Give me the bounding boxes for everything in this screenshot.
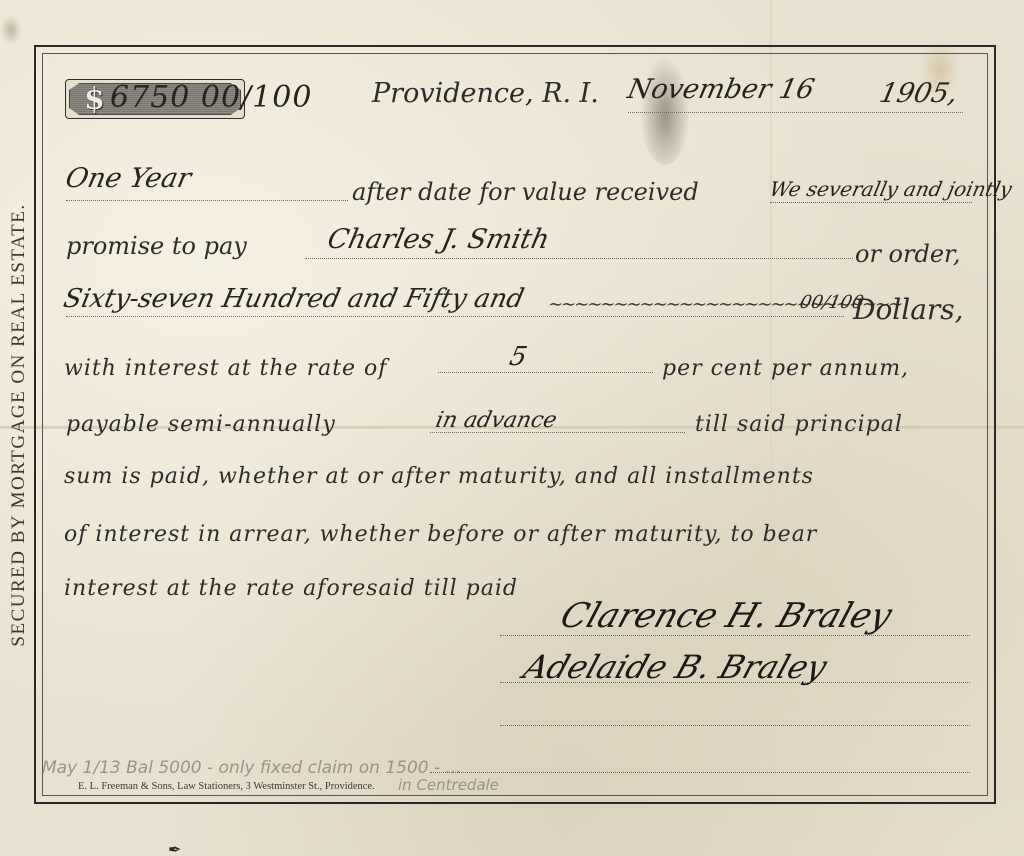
amount-words-line xyxy=(66,316,844,317)
date-month-day: November 16 xyxy=(625,74,817,105)
place-printed: Providence, R. I. xyxy=(372,78,599,109)
pencil-note-line2: in Centredale xyxy=(398,776,499,794)
payee-handwritten: Charles J. Smith xyxy=(325,224,553,255)
term-handwritten: One Year xyxy=(63,163,194,194)
or-order-printed: or order, xyxy=(855,240,961,268)
amount-value: 6750 00/100 xyxy=(110,80,312,115)
date-year: 1905, xyxy=(877,78,961,109)
date-line xyxy=(628,112,963,113)
per-annum-printed: per cent per annum, xyxy=(662,356,909,381)
amount-box: $ 6750 00/100 xyxy=(65,79,245,119)
bottom-dotted-line xyxy=(430,772,970,773)
rate-line xyxy=(438,372,653,373)
promise-handwritten: We severally and jointly xyxy=(767,177,1014,201)
signature-line-3 xyxy=(500,725,970,726)
ink-mark: ✒ xyxy=(168,840,182,854)
line1-printed: after date for value received xyxy=(352,178,699,206)
till-said-printed: till said principal xyxy=(695,412,903,437)
promise-line xyxy=(770,202,972,203)
signature-line-2 xyxy=(500,682,970,683)
side-label-secured: SECURED BY MORTGAGE ON REAL ESTATE. xyxy=(8,125,30,725)
payee-line xyxy=(305,258,853,259)
stationer-imprint: E. L. Freeman & Sons, Law Stationers, 3 … xyxy=(78,781,375,792)
advance-handwritten: in advance xyxy=(433,408,559,433)
signature-line-1 xyxy=(500,635,970,636)
paper-stain xyxy=(0,15,22,45)
pencil-note-line1: May 1/13 Bal 5000 - only fixed claim on … xyxy=(42,758,462,778)
signature-2: Adelaide B. Braley xyxy=(519,648,832,686)
amount-words-handwritten: Sixty-seven Hundred and Fifty and xyxy=(61,284,527,314)
term-line xyxy=(66,200,348,201)
line6-printed: sum is paid, whether at or after maturit… xyxy=(64,464,814,489)
signature-1: Clarence H. Braley xyxy=(556,596,897,636)
line8-printed: interest at the rate aforesaid till paid xyxy=(64,576,518,601)
dollars-printed: Dollars, xyxy=(853,293,964,326)
line2-printed: promise to pay xyxy=(66,232,247,260)
line7-printed: of interest in arrear, whether before or… xyxy=(64,522,817,547)
advance-line xyxy=(430,432,685,433)
dollar-sign: $ xyxy=(84,82,105,117)
line4-printed: with interest at the rate of xyxy=(64,356,387,381)
line5-printed: payable semi-annually xyxy=(66,412,336,437)
